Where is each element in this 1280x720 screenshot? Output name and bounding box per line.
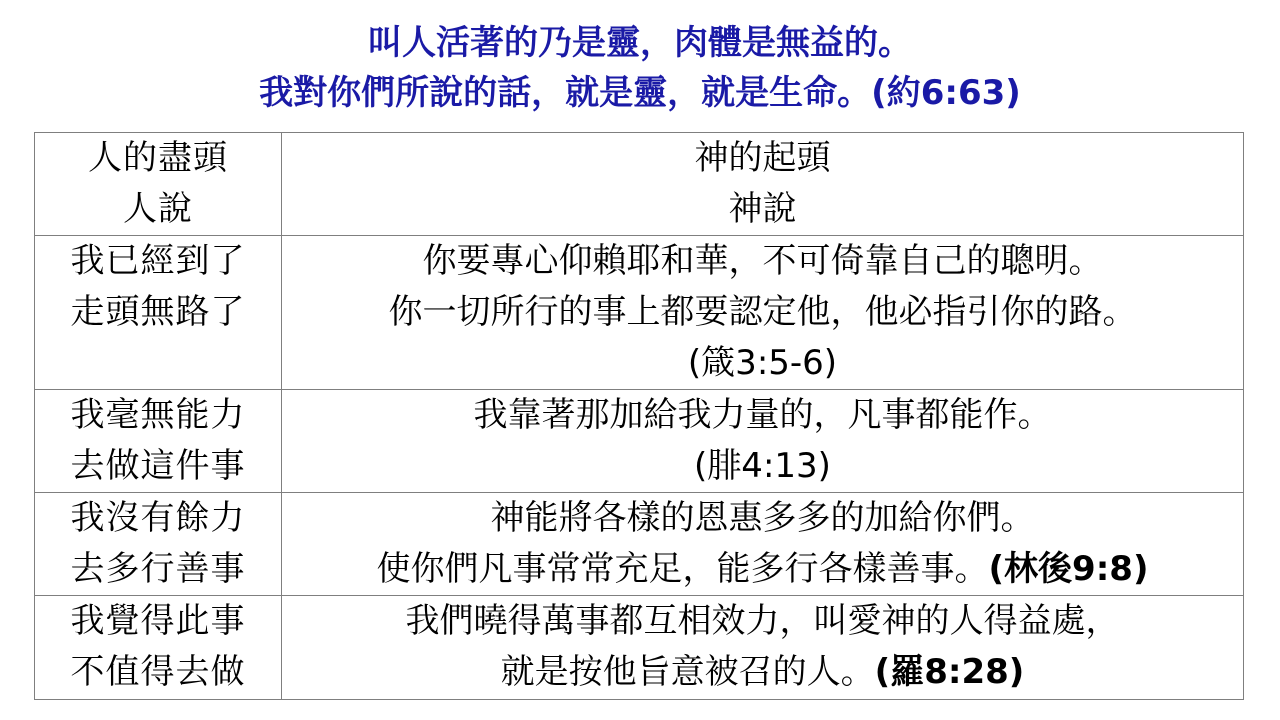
row-2-scripture-ref: (腓4:13) — [282, 441, 1243, 492]
row-3-scripture-ref: (林後9:8) — [989, 549, 1149, 589]
row-1-human-cell: 我已經到了 走頭無路了 — [35, 236, 282, 390]
header-cell-human: 人的盡頭 人說 — [35, 133, 282, 236]
row-3-human-line-2: 去多行善事 — [35, 544, 281, 595]
row-4-human-line-2: 不值得去做 — [35, 647, 281, 698]
row-1-human-line-1: 我已經到了 — [35, 236, 281, 287]
row-4-human-cell: 我覺得此事 不值得去做 — [35, 596, 282, 700]
row-3-god-cell: 神能將各樣的恩惠多多的加給你們。 使你們凡事常常充足，能多行各樣善事。(林後9:… — [282, 493, 1244, 596]
row-3-human-line-1: 我沒有餘力 — [35, 493, 281, 544]
header-god-line-1: 神的起頭 — [282, 133, 1243, 184]
table-row: 我毫無能力 去做這件事 我靠著那加給我力量的，凡事都能作。 (腓4:13) — [35, 390, 1244, 493]
row-2-god-line-1: 我靠著那加給我力量的，凡事都能作。 — [282, 390, 1243, 441]
row-3-god-line-2: 使你們凡事常常充足，能多行各樣善事。 — [377, 549, 989, 589]
slide-title: 叫人活著的乃是靈，肉體是無益的。 我對你們所說的話，就是靈，就是生命。(約6:6… — [0, 18, 1280, 118]
title-line-2: 我對你們所說的話，就是靈，就是生命。(約6:63) — [0, 68, 1280, 118]
row-4-god-line-1: 我們曉得萬事都互相效力，叫愛神的人得益處， — [282, 596, 1243, 647]
row-2-human-line-1: 我毫無能力 — [35, 390, 281, 441]
header-human-line-1: 人的盡頭 — [35, 133, 281, 184]
header-human-line-2: 人說 — [35, 184, 281, 235]
row-4-god-cell: 我們曉得萬事都互相效力，叫愛神的人得益處， 就是按他旨意被召的人。(羅8:28) — [282, 596, 1244, 700]
comparison-table: 人的盡頭 人說 神的起頭 神說 我已經到了 走頭無路了 你要專心仰賴耶和華，不可… — [34, 132, 1244, 700]
row-4-scripture-ref: (羅8:28) — [875, 652, 1025, 692]
row-1-scripture-ref: (箴3:5-6) — [282, 338, 1243, 389]
row-4-god-line-2: 就是按他旨意被召的人。 — [501, 652, 875, 692]
row-1-god-line-1: 你要專心仰賴耶和華，不可倚靠自己的聰明。 — [282, 236, 1243, 287]
row-1-god-line-2: 你一切所行的事上都要認定他，他必指引你的路。 — [282, 287, 1243, 338]
row-3-human-cell: 我沒有餘力 去多行善事 — [35, 493, 282, 596]
row-1-human-line-2: 走頭無路了 — [35, 287, 281, 338]
row-3-god-line-1: 神能將各樣的恩惠多多的加給你們。 — [282, 493, 1243, 544]
table-row: 我已經到了 走頭無路了 你要專心仰賴耶和華，不可倚靠自己的聰明。 你一切所行的事… — [35, 236, 1244, 390]
table-row: 我沒有餘力 去多行善事 神能將各樣的恩惠多多的加給你們。 使你們凡事常常充足，能… — [35, 493, 1244, 596]
row-4-human-line-1: 我覺得此事 — [35, 596, 281, 647]
row-1-god-cell: 你要專心仰賴耶和華，不可倚靠自己的聰明。 你一切所行的事上都要認定他，他必指引你… — [282, 236, 1244, 390]
table-header-row: 人的盡頭 人說 神的起頭 神說 — [35, 133, 1244, 236]
row-2-god-cell: 我靠著那加給我力量的，凡事都能作。 (腓4:13) — [282, 390, 1244, 493]
row-2-human-cell: 我毫無能力 去做這件事 — [35, 390, 282, 493]
header-cell-god: 神的起頭 神說 — [282, 133, 1244, 236]
row-2-human-line-2: 去做這件事 — [35, 441, 281, 492]
header-god-line-2: 神說 — [282, 184, 1243, 235]
title-line-1: 叫人活著的乃是靈，肉體是無益的。 — [0, 18, 1280, 68]
table-row: 我覺得此事 不值得去做 我們曉得萬事都互相效力，叫愛神的人得益處， 就是按他旨意… — [35, 596, 1244, 700]
